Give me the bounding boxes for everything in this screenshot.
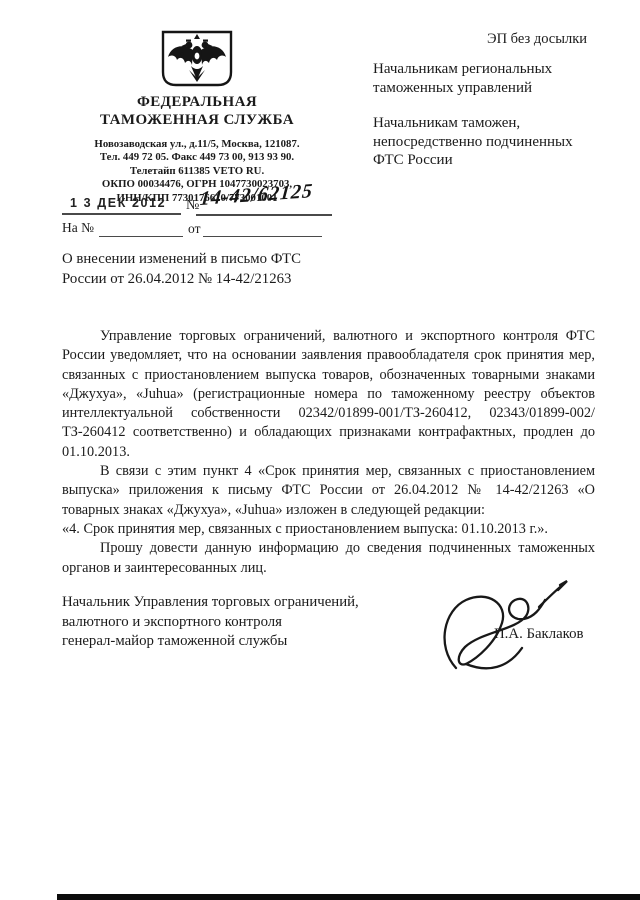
address-line: Новозаводская ул., д.11/5, Москва, 12108… bbox=[45, 138, 349, 151]
recipient-line: Начальникам региональных bbox=[373, 60, 552, 79]
recipient-line: Начальникам таможен, bbox=[373, 114, 573, 133]
delivery-note: ЭП без досылки bbox=[487, 31, 587, 48]
subject-line: О внесении изменений в письмо ФТС bbox=[62, 250, 402, 270]
address-line: Тел. 449 72 05. Факс 449 73 00, 913 93 9… bbox=[45, 151, 349, 164]
from-date-underline bbox=[203, 236, 322, 237]
scan-edge-artifact bbox=[57, 894, 640, 900]
position-line: Начальник Управления торговых ограничени… bbox=[62, 593, 359, 613]
org-name-line1: ФЕДЕРАЛЬНАЯ bbox=[45, 94, 349, 112]
incoming-ref-prefix: На № bbox=[62, 220, 94, 236]
date-underline bbox=[62, 213, 181, 215]
body-paragraph: «4. Срок принятия мер, связанных с приос… bbox=[62, 520, 595, 539]
letter-body: Управление торговых ограничений, валютно… bbox=[62, 327, 595, 578]
number-underline bbox=[196, 214, 332, 216]
russia-coat-of-arms-icon bbox=[160, 30, 234, 87]
recipient-line: таможенных управлений bbox=[373, 79, 552, 98]
signatory-position: Начальник Управления торговых ограничени… bbox=[62, 593, 359, 652]
signatory-name: П.А. Баклаков bbox=[494, 626, 584, 643]
recipient-line: ФТС России bbox=[373, 151, 573, 170]
incoming-ref-underline bbox=[99, 236, 183, 237]
subject-line: России от 26.04.2012 № 14-42/21263 bbox=[62, 270, 402, 290]
from-label: от bbox=[188, 221, 200, 237]
body-paragraph: Управление торговых ограничений, валютно… bbox=[62, 327, 595, 462]
body-paragraph: В связи с этим пункт 4 «Срок принятия ме… bbox=[62, 462, 595, 520]
date-stamp: 1 3 ДЕК 2012 bbox=[70, 196, 166, 210]
org-name-line2: ТАМОЖЕННАЯ СЛУЖБА bbox=[45, 112, 349, 130]
scanned-letter-page: ФЕДЕРАЛЬНАЯ ТАМОЖЕННАЯ СЛУЖБА Новозаводс… bbox=[0, 0, 640, 900]
recipients-group-1: Начальникам региональных таможенных упра… bbox=[373, 60, 552, 97]
position-line: генерал-майор таможенной службы bbox=[62, 632, 359, 652]
address-line: Телетайп 611385 VETO RU. bbox=[45, 165, 349, 178]
position-line: валютного и экспортного контроля bbox=[62, 613, 359, 633]
number-sign: № bbox=[186, 198, 199, 214]
recipients-group-2: Начальникам таможен, непосредственно под… bbox=[373, 114, 573, 170]
body-paragraph: Прошу довести данную информацию до сведе… bbox=[62, 539, 595, 578]
subject: О внесении изменений в письмо ФТС России… bbox=[62, 250, 402, 289]
recipient-line: непосредственно подчиненных bbox=[373, 133, 573, 152]
letterhead: ФЕДЕРАЛЬНАЯ ТАМОЖЕННАЯ СЛУЖБА Новозаводс… bbox=[45, 30, 349, 205]
